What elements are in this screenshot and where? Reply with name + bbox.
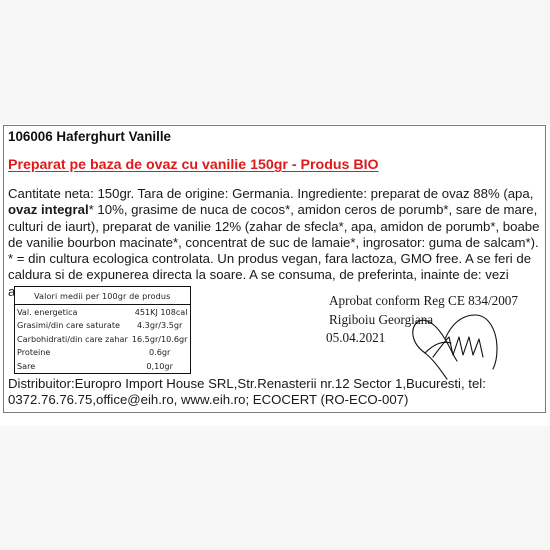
- ingredients-bold: ovaz integral: [8, 202, 89, 217]
- nutrition-label: Val. energetica: [15, 305, 130, 319]
- ingredients-part-1: Cantitate neta: 150gr. Tara de origine: …: [8, 186, 533, 201]
- signature-icon: [405, 313, 505, 381]
- table-row: Proteine 0.6gr: [15, 346, 191, 360]
- nutrition-header: Valori medii per 100gr de produs: [15, 287, 191, 305]
- table-row: Carbohidrati/din care zahar 16.5gr/10.6g…: [15, 332, 191, 346]
- nutrition-value: 451KJ 108cal: [130, 305, 190, 319]
- table-row: Sare 0,10gr: [15, 359, 191, 373]
- nutrition-label: Carbohidrati/din care zahar: [15, 332, 130, 346]
- distributor-info: Distribuitor:Europro Import House SRL,St…: [8, 376, 544, 409]
- nutrition-label: Grasimi/din care saturate: [15, 319, 130, 333]
- product-title: 106006 Haferghurt Vanille: [8, 129, 171, 144]
- approval-regulation: Aprobat conform Reg CE 834/2007: [329, 292, 518, 311]
- nutrition-table: Valori medii per 100gr de produs Val. en…: [14, 286, 191, 374]
- table-row: Val. energetica 451KJ 108cal: [15, 305, 191, 319]
- nutrition-value: 0,10gr: [130, 359, 190, 373]
- nutrition-value: 16.5gr/10.6gr: [130, 332, 190, 346]
- nutrition-label: Proteine: [15, 346, 130, 360]
- ingredients-text: Cantitate neta: 150gr. Tara de origine: …: [8, 186, 544, 300]
- product-label-box: 106006 Haferghurt Vanille Preparat pe ba…: [3, 125, 546, 413]
- ingredients-part-2: * 10%, grasime de nuca de cocos*, amidon…: [8, 202, 539, 298]
- nutrition-value: 4.3gr/3.5gr: [130, 319, 190, 333]
- nutrition-value: 0.6gr: [130, 346, 190, 360]
- nutrition-label: Sare: [15, 359, 130, 373]
- product-subtitle: Preparat pe baza de ovaz cu vanilie 150g…: [8, 157, 379, 173]
- table-row: Grasimi/din care saturate 4.3gr/3.5gr: [15, 319, 191, 333]
